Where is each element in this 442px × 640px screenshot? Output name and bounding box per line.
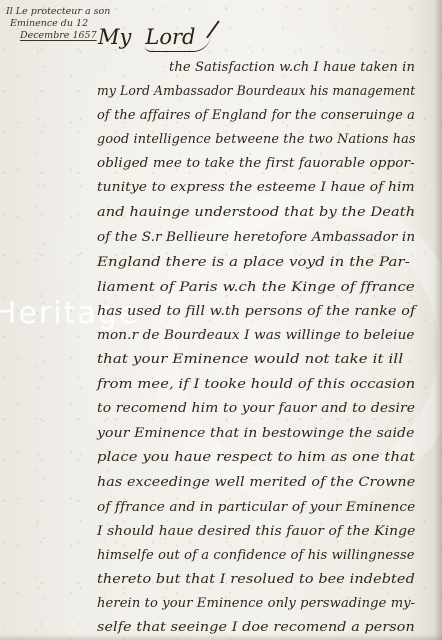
letter-line: place you haue respect to him as one tha… — [97, 450, 415, 465]
page-edge-right — [434, 0, 442, 640]
margin-note-date: Decembre 1657 — [6, 30, 102, 42]
letter-line: has used to fill w.th persons of the ran… — [97, 304, 415, 319]
letter-line: tunitye to express the esteeme I haue of… — [97, 180, 415, 195]
salutation-my: My — [98, 25, 131, 49]
margin-note: Il Le protecteur a son Eminence du 12 De… — [6, 6, 102, 42]
letter-line: England there is a place voyd in the Par… — [97, 255, 410, 270]
letter-line: obliged mee to take the first fauorable … — [97, 156, 415, 171]
salutation: MyLord/ — [98, 22, 220, 52]
letter-line: herein to your Eminence only perswadinge… — [97, 596, 415, 611]
letter-line: mon.r de Bourdeaux I was willinge to bel… — [97, 328, 415, 343]
letter-line: to recomend him to your fauor and to des… — [97, 401, 415, 416]
letter-line: my Lord Ambassador Bourdeaux his managem… — [97, 84, 415, 99]
letter-line: himselfe out of a confidence of his will… — [97, 548, 415, 563]
letter-line: of ffrance and in particular of your Emi… — [97, 500, 415, 515]
margin-note-line: Eminence du 12 — [6, 18, 102, 30]
letter-line: and hauinge understood that by the Death — [97, 205, 415, 220]
letter-line: I should haue desired this fauor of the … — [97, 524, 415, 539]
letter-line: selfe that seeinge I doe recomend a pers… — [97, 620, 415, 635]
letter-line: the Satisfaction w.ch I haue taken in — [169, 60, 415, 75]
letter-line: your Eminence that in bestowinge the sai… — [97, 426, 415, 441]
salutation-lord: Lord — [145, 25, 211, 52]
flourish-mark: / — [205, 14, 221, 43]
page-edge-bottom — [0, 634, 442, 640]
letter-line: has exceedinge well merited of the Crown… — [97, 475, 415, 490]
margin-note-line: Il Le protecteur a son — [6, 6, 102, 18]
letter-line: of the affaires of England for the conse… — [97, 108, 415, 123]
letter-line: that your Eminence would not take it ill — [97, 352, 403, 367]
manuscript-page: Heritage Il Le protecteur a son Eminence… — [0, 0, 442, 640]
letter-line: of the S.r Bellieure heretofore Ambassad… — [97, 230, 415, 245]
letter-line: good intelligence betweene the two Natio… — [97, 132, 416, 147]
letter-line: thereto but that I resolued to bee indeb… — [97, 572, 415, 587]
letter-line: from mee, if I tooke hould of this occas… — [97, 377, 415, 392]
letter-line: liament of Paris w.ch the Kinge of ffran… — [97, 280, 415, 295]
